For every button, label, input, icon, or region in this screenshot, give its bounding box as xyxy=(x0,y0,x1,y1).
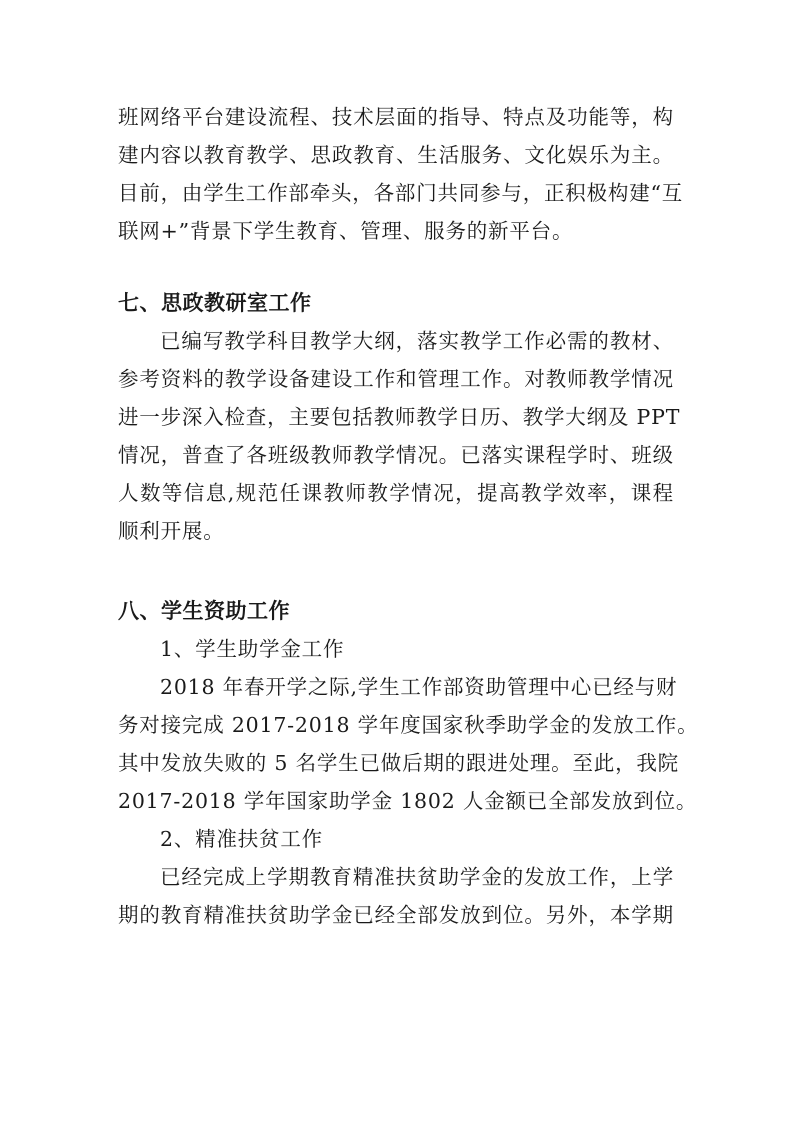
paragraph-line: 班网络平台建设流程、技术层面的指导、特点及功能等，构 xyxy=(118,98,674,136)
paragraph-line: 2018 年春开学之际,学生工作部资助管理中心已经与财 xyxy=(118,668,674,706)
paragraph-line: 其中发放失败的 5 名学生已做后期的跟进处理。至此，我院 xyxy=(118,744,674,782)
subsection-1: 1、学生助学金工作 2018 年春开学之际,学生工作部资助管理中心已经与财 务对… xyxy=(118,630,674,820)
intro-paragraph: 班网络平台建设流程、技术层面的指导、特点及功能等，构 建内容以教育教学、思政教育… xyxy=(118,98,674,250)
paragraph-line: 目前，由学生工作部牵头，各部门共同参与，正积极构建“互 xyxy=(118,174,674,212)
section-spacer xyxy=(118,550,674,592)
paragraph-line: 进一步深入检查，主要包括教师教学日历、教学大纲及 PPT xyxy=(118,398,674,436)
paragraph-line: 联网+”背景下学生教育、管理、服务的新平台。 xyxy=(118,212,674,250)
paragraph-line: 人数等信息,规范任课教师教学情况，提高教学效率，课程 xyxy=(118,474,674,512)
paragraph-line: 参考资料的教学设备建设工作和管理工作。对教师教学情况 xyxy=(118,360,674,398)
paragraph-line: 建内容以教育教学、思政教育、生活服务、文化娱乐为主。 xyxy=(118,136,674,174)
section-heading: 七、思政教研室工作 xyxy=(118,284,674,322)
paragraph-line: 已编写教学科目教学大纲，落实教学工作必需的教材、 xyxy=(118,322,674,360)
paragraph-line: 已经完成上学期教育精准扶贫助学金的发放工作，上学 xyxy=(118,858,674,896)
paragraph-line: 2017-2018 学年国家助学金 1802 人金额已全部发放到位。 xyxy=(118,782,674,820)
section-spacer xyxy=(118,250,674,284)
paragraph-line: 期的教育精准扶贫助学金已经全部发放到位。另外，本学期 xyxy=(118,896,674,934)
paragraph-line: 务对接完成 2017-2018 学年度国家秋季助学金的发放工作。 xyxy=(118,706,674,744)
section-heading: 八、学生资助工作 xyxy=(118,592,674,630)
paragraph-line: 情况，普查了各班级教师教学情况。已落实课程学时、班级 xyxy=(118,436,674,474)
section-7: 七、思政教研室工作 已编写教学科目教学大纲，落实教学工作必需的教材、 参考资料的… xyxy=(118,284,674,550)
section-8: 八、学生资助工作 1、学生助学金工作 2018 年春开学之际,学生工作部资助管理… xyxy=(118,592,674,934)
subsection-title: 1、学生助学金工作 xyxy=(118,630,674,668)
paragraph-line: 顺利开展。 xyxy=(118,512,674,550)
subsection-2: 2、精准扶贫工作 已经完成上学期教育精准扶贫助学金的发放工作，上学 期的教育精准… xyxy=(118,820,674,934)
subsection-title: 2、精准扶贫工作 xyxy=(118,820,674,858)
document-page: 班网络平台建设流程、技术层面的指导、特点及功能等，构 建内容以教育教学、思政教育… xyxy=(118,98,674,934)
